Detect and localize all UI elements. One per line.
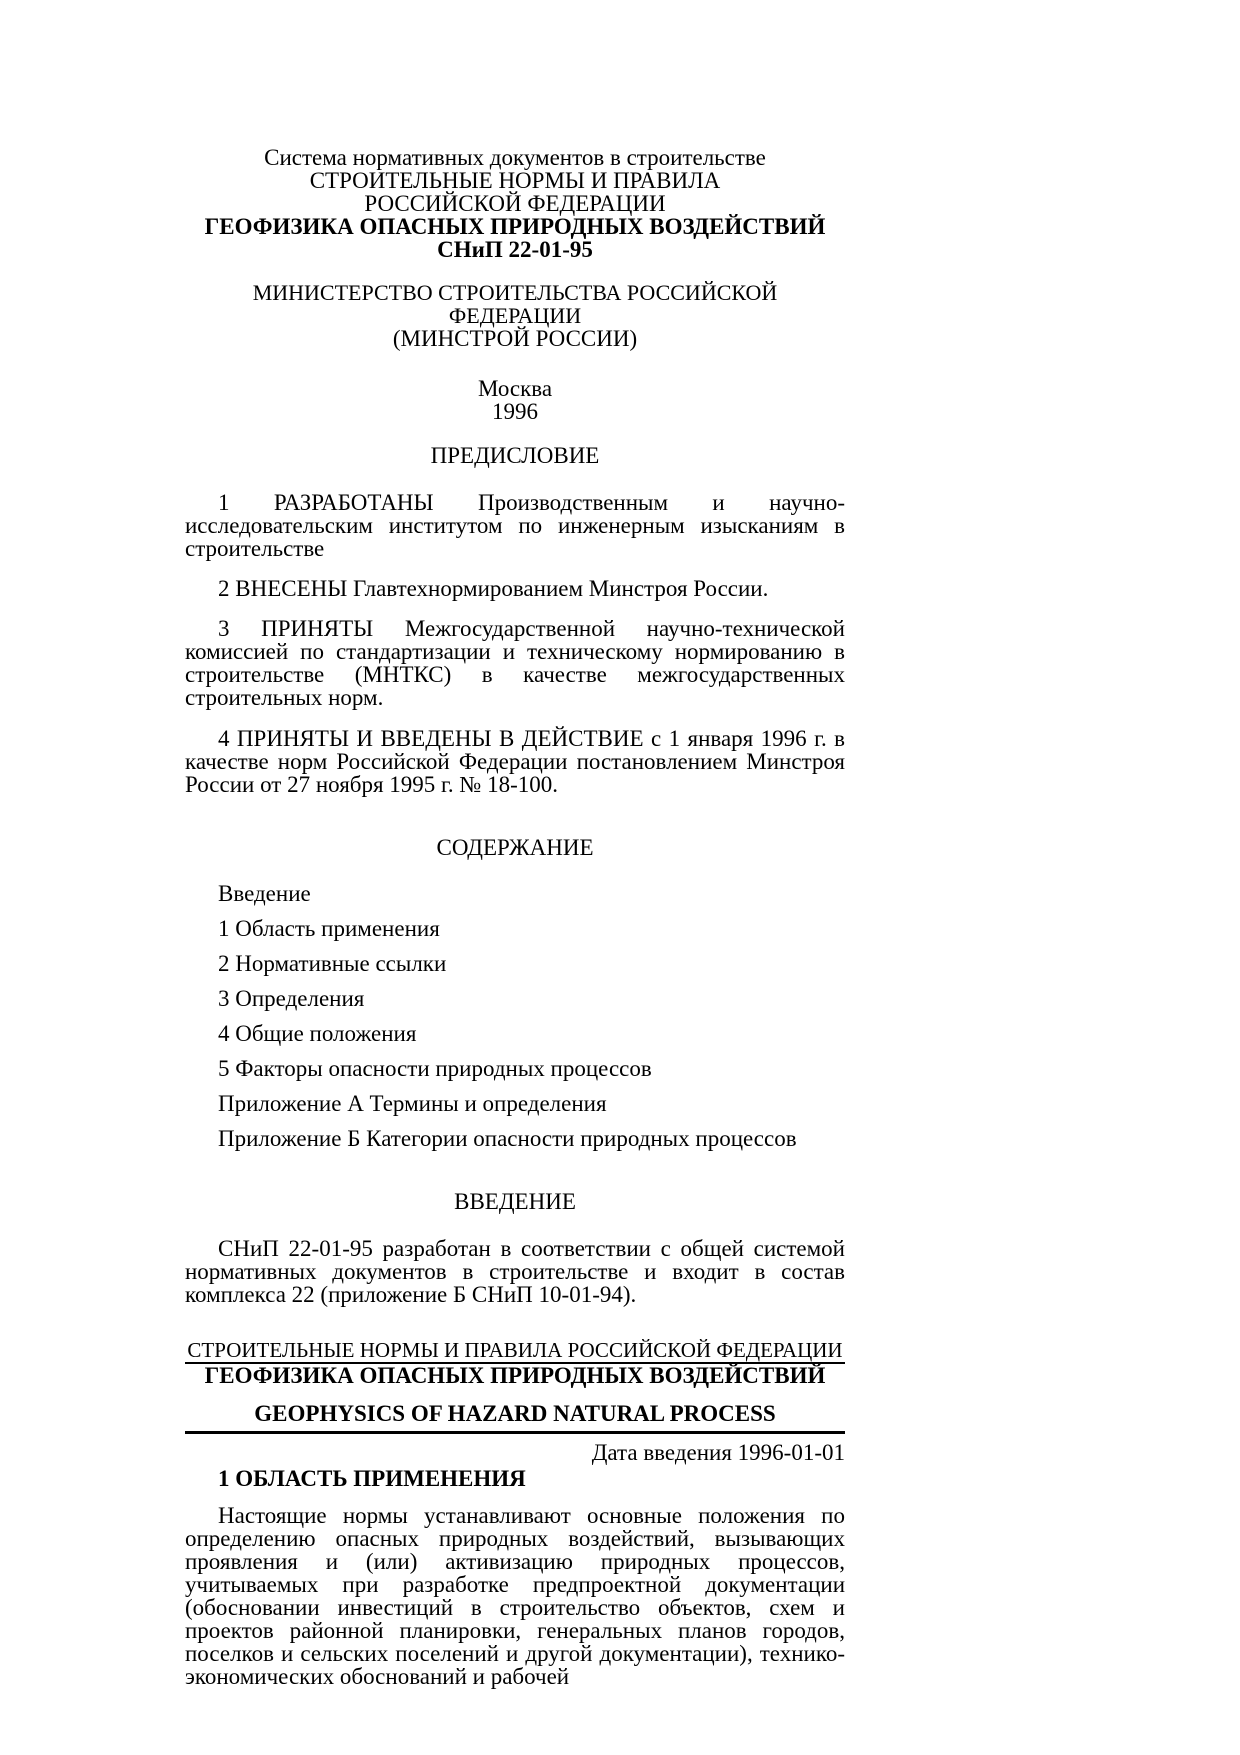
toc-item-definitions: 3 Определения: [185, 987, 845, 1010]
doc-norms-line-2: РОССИЙСКОЙ ФЕДЕРАЦИИ: [185, 192, 845, 215]
doc-code: СНиП 22-01-95: [185, 238, 845, 261]
contents-heading: СОДЕРЖАНИЕ: [185, 836, 845, 859]
introduction-heading: ВВЕДЕНИЕ: [185, 1190, 845, 1213]
preface-item: 3 ПРИНЯТЫ Межгосударственной научно-техн…: [185, 617, 845, 709]
preface-heading: ПРЕДИСЛОВИЕ: [185, 444, 845, 467]
doc-norms-line-1: СТРОИТЕЛЬНЫЕ НОРМЫ И ПРАВИЛА: [185, 169, 845, 192]
preface-item: 2 ВНЕСЕНЫ Главтехнормированием Минстроя …: [185, 577, 845, 600]
toc-item-introduction: Введение: [185, 882, 845, 905]
section-1-paragraph: Настоящие нормы устанавливают основные п…: [185, 1504, 845, 1688]
toc-item-normative-references: 2 Нормативные ссылки: [185, 952, 845, 975]
toc-item-appendix-b: Приложение Б Категории опасности природн…: [185, 1127, 845, 1150]
ministry-line-2: (МИНСТРОЙ РОССИИ): [185, 327, 845, 350]
city-line: Москва: [185, 377, 845, 400]
ministry-line-1: МИНИСТЕРСТВО СТРОИТЕЛЬСТВА РОССИЙСКОЙ ФЕ…: [185, 281, 845, 327]
toc-item-scope: 1 Область применения: [185, 917, 845, 940]
doc-system-line: Система нормативных документов в строите…: [185, 146, 845, 169]
toc-item-appendix-a: Приложение А Термины и определения: [185, 1092, 845, 1115]
toc-item-hazard-factors: 5 Факторы опасности природных процессов: [185, 1057, 845, 1080]
preface-item: 1 РАЗРАБОТАНЫ Производственным и научно-…: [185, 491, 845, 560]
preface-item: 4 ПРИНЯТЫ И ВВЕДЕНЫ В ДЕЙСТВИЕ с 1 январ…: [185, 727, 845, 796]
toc-item-general-provisions: 4 Общие положения: [185, 1022, 845, 1045]
main-norms-title: СТРОИТЕЛЬНЫЕ НОРМЫ И ПРАВИЛА РОССИЙСКОЙ …: [185, 1339, 845, 1364]
year-line: 1996: [185, 400, 845, 423]
section-1-heading: 1 ОБЛАСТЬ ПРИМЕНЕНИЯ: [185, 1467, 845, 1490]
doc-title-en-block: GEOPHYSICS OF HAZARD NATURAL PROCESS: [185, 1402, 845, 1434]
text-column: Система нормативных документов в строите…: [185, 0, 845, 1688]
doc-title: ГЕОФИЗИКА ОПАСНЫХ ПРИРОДНЫХ ВОЗДЕЙСТВИЙ: [185, 215, 845, 238]
introduction-paragraph: СНиП 22-01-95 разработан в соответствии …: [185, 1237, 845, 1306]
effective-date: Дата введения 1996-01-01: [185, 1441, 845, 1464]
main-doc-title-en: GEOPHYSICS OF HAZARD NATURAL PROCESS: [185, 1402, 845, 1425]
main-doc-title: ГЕОФИЗИКА ОПАСНЫХ ПРИРОДНЫХ ВОЗДЕЙСТВИЙ: [185, 1364, 845, 1387]
document-page: Система нормативных документов в строите…: [0, 0, 1240, 1755]
